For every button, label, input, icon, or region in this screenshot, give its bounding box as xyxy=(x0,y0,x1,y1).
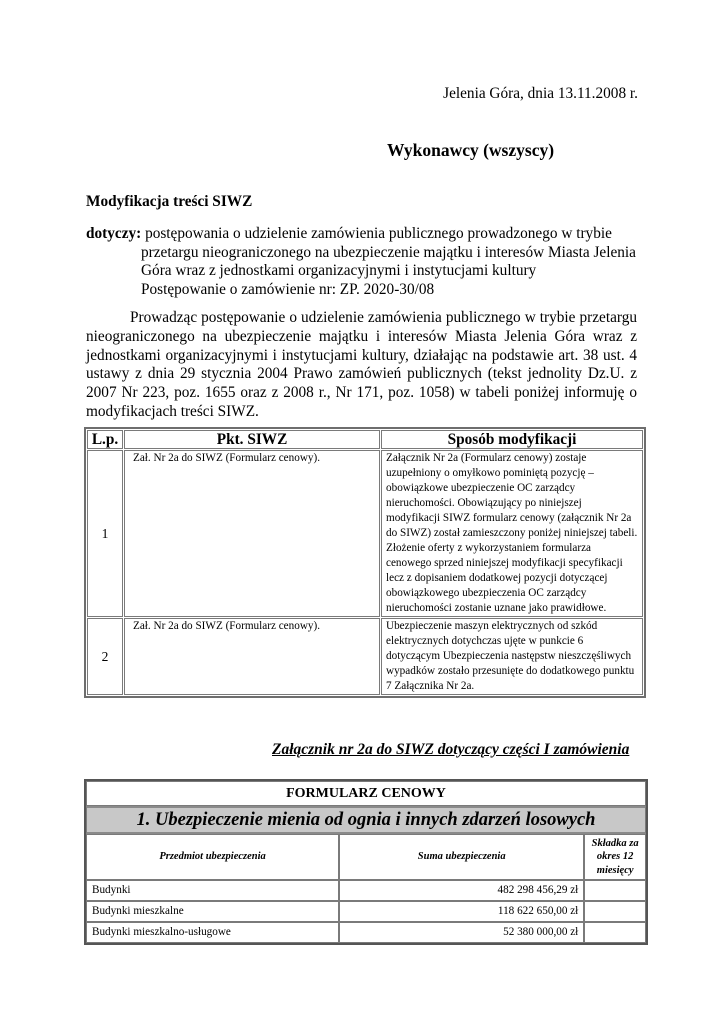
row-premium xyxy=(584,922,646,943)
row-sposob: Ubezpieczenie maszyn elektrycznych od sz… xyxy=(381,618,643,695)
row-item: Budynki mieszkalne xyxy=(86,901,339,922)
modifications-table: L.p. Pkt. SIWZ Sposób modyfikacji 1 Zał.… xyxy=(84,427,646,698)
regarding-line-1: postępowania o udzielenie zamówienia pub… xyxy=(145,225,612,242)
date-line: Jelenia Góra, dnia 13.11.2008 r. xyxy=(443,85,638,103)
row-lp: 2 xyxy=(87,618,123,695)
row-item: Budynki mieszkalno-usługowe xyxy=(86,922,339,943)
row-lp: 1 xyxy=(87,450,123,617)
regarding-line-2: przetargu nieograniczonego na ubezpiecze… xyxy=(86,244,646,263)
annex-title: Załącznik nr 2a do SIWZ dotyczący części… xyxy=(272,741,629,759)
header-sposob: Sposób modyfikacji xyxy=(381,430,643,449)
row-pkt: Zał. Nr 2a do SIWZ (Formularz cenowy). xyxy=(124,618,380,695)
table-header-row: L.p. Pkt. SIWZ Sposób modyfikacji xyxy=(87,430,643,449)
table-row: Budynki mieszkalno-usługowe 52 380 000,0… xyxy=(86,922,646,943)
table-row: Budynki mieszkalne 118 622 650,00 zł xyxy=(86,901,646,922)
price-form-title: FORMULARZ CENOWY xyxy=(86,781,646,806)
regarding-label: dotyczy: xyxy=(86,225,141,242)
row-item: Budynki xyxy=(86,880,339,901)
price-form-table: FORMULARZ CENOWY 1. Ubezpieczenie mienia… xyxy=(84,779,648,945)
col-header-sum: Suma ubezpieczenia xyxy=(339,834,584,880)
col-header-premium: Składka za okres 12 miesięcy xyxy=(584,834,646,880)
row-sum: 118 622 650,00 zł xyxy=(339,901,584,922)
section-title: 1. Ubezpieczenie mienia od ognia i innyc… xyxy=(86,806,646,834)
row-premium xyxy=(584,880,646,901)
table-row: 2 Zał. Nr 2a do SIWZ (Formularz cenowy).… xyxy=(87,618,643,695)
body-paragraph: Prowadząc postępowanie o udzielenie zamó… xyxy=(86,309,637,422)
subject-heading: Modyfikacja treści SIWZ xyxy=(86,193,252,211)
table-row: 1 Zał. Nr 2a do SIWZ (Formularz cenowy).… xyxy=(87,450,643,617)
regarding-line-3: Góra wraz z jednostkami organizacyjnymi … xyxy=(86,262,646,281)
header-lp: L.p. xyxy=(87,430,123,449)
row-pkt: Zał. Nr 2a do SIWZ (Formularz cenowy). xyxy=(124,450,380,617)
col-header-item: Przedmiot ubezpieczenia xyxy=(86,834,339,880)
regarding-line-4: Postępowanie o zamówienie nr: ZP. 2020-3… xyxy=(86,281,646,300)
regarding-block: dotyczy: postępowania o udzielenie zamów… xyxy=(86,225,646,299)
row-sposob: Załącznik Nr 2a (Formularz cenowy) zosta… xyxy=(381,450,643,617)
recipient-heading: Wykonawcy (wszyscy) xyxy=(387,140,554,161)
table-row: Budynki 482 298 456,29 zł xyxy=(86,880,646,901)
row-sum: 52 380 000,00 zł xyxy=(339,922,584,943)
row-sum: 482 298 456,29 zł xyxy=(339,880,584,901)
row-premium xyxy=(584,901,646,922)
header-pkt: Pkt. SIWZ xyxy=(124,430,380,449)
